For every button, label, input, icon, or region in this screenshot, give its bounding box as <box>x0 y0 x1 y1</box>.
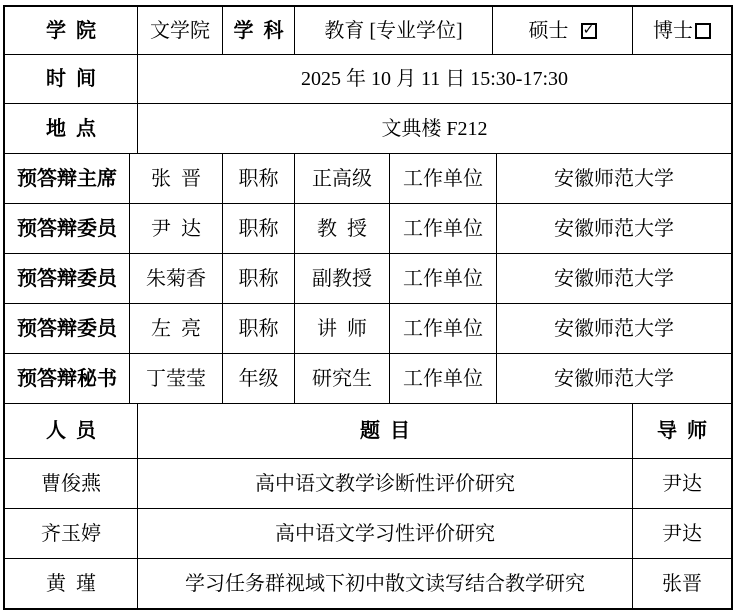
committee-unit-label: 工作单位 <box>390 254 497 303</box>
committee-unit-label: 工作单位 <box>390 204 497 253</box>
committee-unit-value: 安徽师范大学 <box>497 154 731 203</box>
time-value: 2025 年 10 月 11 日 15:30-17:30 <box>138 55 731 103</box>
committee-name: 尹 达 <box>130 204 223 253</box>
table-row-students-header: 人 员 题 目 导 师 <box>5 404 731 459</box>
committee-attr-label: 职称 <box>223 204 295 253</box>
committee-unit-value: 安徽师范大学 <box>497 204 731 253</box>
student-advisor: 张晋 <box>633 559 731 608</box>
committee-unit-value: 安徽师范大学 <box>497 254 731 303</box>
committee-name: 张 晋 <box>130 154 223 203</box>
table-row-time: 时 间 2025 年 10 月 11 日 15:30-17:30 <box>5 55 731 104</box>
committee-attr-label: 职称 <box>223 304 295 353</box>
committee-role: 预答辩委员 <box>5 204 130 253</box>
doctor-degree-cell: 博士 <box>633 7 731 54</box>
student-name: 黄 瑾 <box>5 559 138 608</box>
doctor-degree-label: 博士 <box>653 21 693 41</box>
location-label: 地 点 <box>5 104 138 153</box>
table-row-committee-member: 预答辩委员 左 亮 职称 讲 师 工作单位 安徽师范大学 <box>5 304 731 354</box>
master-checkbox-checked-icon[interactable]: ✓ <box>581 23 597 39</box>
table-row-committee-chair: 预答辩主席 张 晋 职称 正高级 工作单位 安徽师范大学 <box>5 154 731 204</box>
student-topic: 高中语文学习性评价研究 <box>138 509 633 558</box>
committee-attr-value: 副教授 <box>295 254 390 303</box>
committee-name: 左 亮 <box>130 304 223 353</box>
subject-value: 教育 [专业学位] <box>295 7 493 54</box>
table-row-student: 齐玉婷 高中语文学习性评价研究 尹达 <box>5 509 731 559</box>
master-degree-label: 硕士 <box>529 21 574 41</box>
committee-attr-value: 研究生 <box>295 354 390 403</box>
committee-role: 预答辩主席 <box>5 154 130 203</box>
table-row-committee-member: 预答辩委员 朱菊香 职称 副教授 工作单位 安徽师范大学 <box>5 254 731 304</box>
table-row-committee-member: 预答辩委员 尹 达 职称 教 授 工作单位 安徽师范大学 <box>5 204 731 254</box>
committee-role: 预答辩委员 <box>5 254 130 303</box>
committee-unit-label: 工作单位 <box>390 354 497 403</box>
committee-attr-label: 年级 <box>223 354 295 403</box>
committee-role: 预答辩委员 <box>5 304 130 353</box>
time-label: 时 间 <box>5 55 138 103</box>
committee-unit-value: 安徽师范大学 <box>497 354 731 403</box>
table-row-student: 黄 瑾 学习任务群视域下初中散文读写结合教学研究 张晋 <box>5 559 731 608</box>
student-topic: 学习任务群视域下初中散文读写结合教学研究 <box>138 559 633 608</box>
student-topic: 高中语文教学诊断性评价研究 <box>138 459 633 508</box>
college-label: 学 院 <box>5 7 138 54</box>
student-advisor: 尹达 <box>633 459 731 508</box>
students-topic-header: 题 目 <box>138 404 633 458</box>
students-advisor-header: 导 师 <box>633 404 731 458</box>
location-value: 文典楼 F212 <box>138 104 731 153</box>
students-person-header: 人 员 <box>5 404 138 458</box>
committee-attr-label: 职称 <box>223 154 295 203</box>
student-advisor: 尹达 <box>633 509 731 558</box>
committee-unit-label: 工作单位 <box>390 154 497 203</box>
committee-name: 丁莹莹 <box>130 354 223 403</box>
committee-attr-value: 正高级 <box>295 154 390 203</box>
table-row-college: 学 院 文学院 学 科 教育 [专业学位] 硕士 ✓ 博士 <box>5 7 731 55</box>
doctor-checkbox-empty-icon[interactable] <box>695 23 711 39</box>
committee-name: 朱菊香 <box>130 254 223 303</box>
college-value: 文学院 <box>138 7 223 54</box>
subject-label: 学 科 <box>223 7 295 54</box>
table-row-location: 地 点 文典楼 F212 <box>5 104 731 154</box>
table-row-student: 曹俊燕 高中语文教学诊断性评价研究 尹达 <box>5 459 731 509</box>
committee-unit-value: 安徽师范大学 <box>497 304 731 353</box>
student-name: 齐玉婷 <box>5 509 138 558</box>
committee-unit-label: 工作单位 <box>390 304 497 353</box>
table-row-committee-secretary: 预答辩秘书 丁莹莹 年级 研究生 工作单位 安徽师范大学 <box>5 354 731 404</box>
pre-defense-schedule-table: 学 院 文学院 学 科 教育 [专业学位] 硕士 ✓ 博士 时 间 2025 年… <box>3 5 733 610</box>
committee-attr-value: 教 授 <box>295 204 390 253</box>
committee-attr-label: 职称 <box>223 254 295 303</box>
check-icon: ✓ <box>583 23 595 37</box>
student-name: 曹俊燕 <box>5 459 138 508</box>
committee-role: 预答辩秘书 <box>5 354 130 403</box>
committee-attr-value: 讲 师 <box>295 304 390 353</box>
master-degree-cell: 硕士 ✓ <box>493 7 633 54</box>
